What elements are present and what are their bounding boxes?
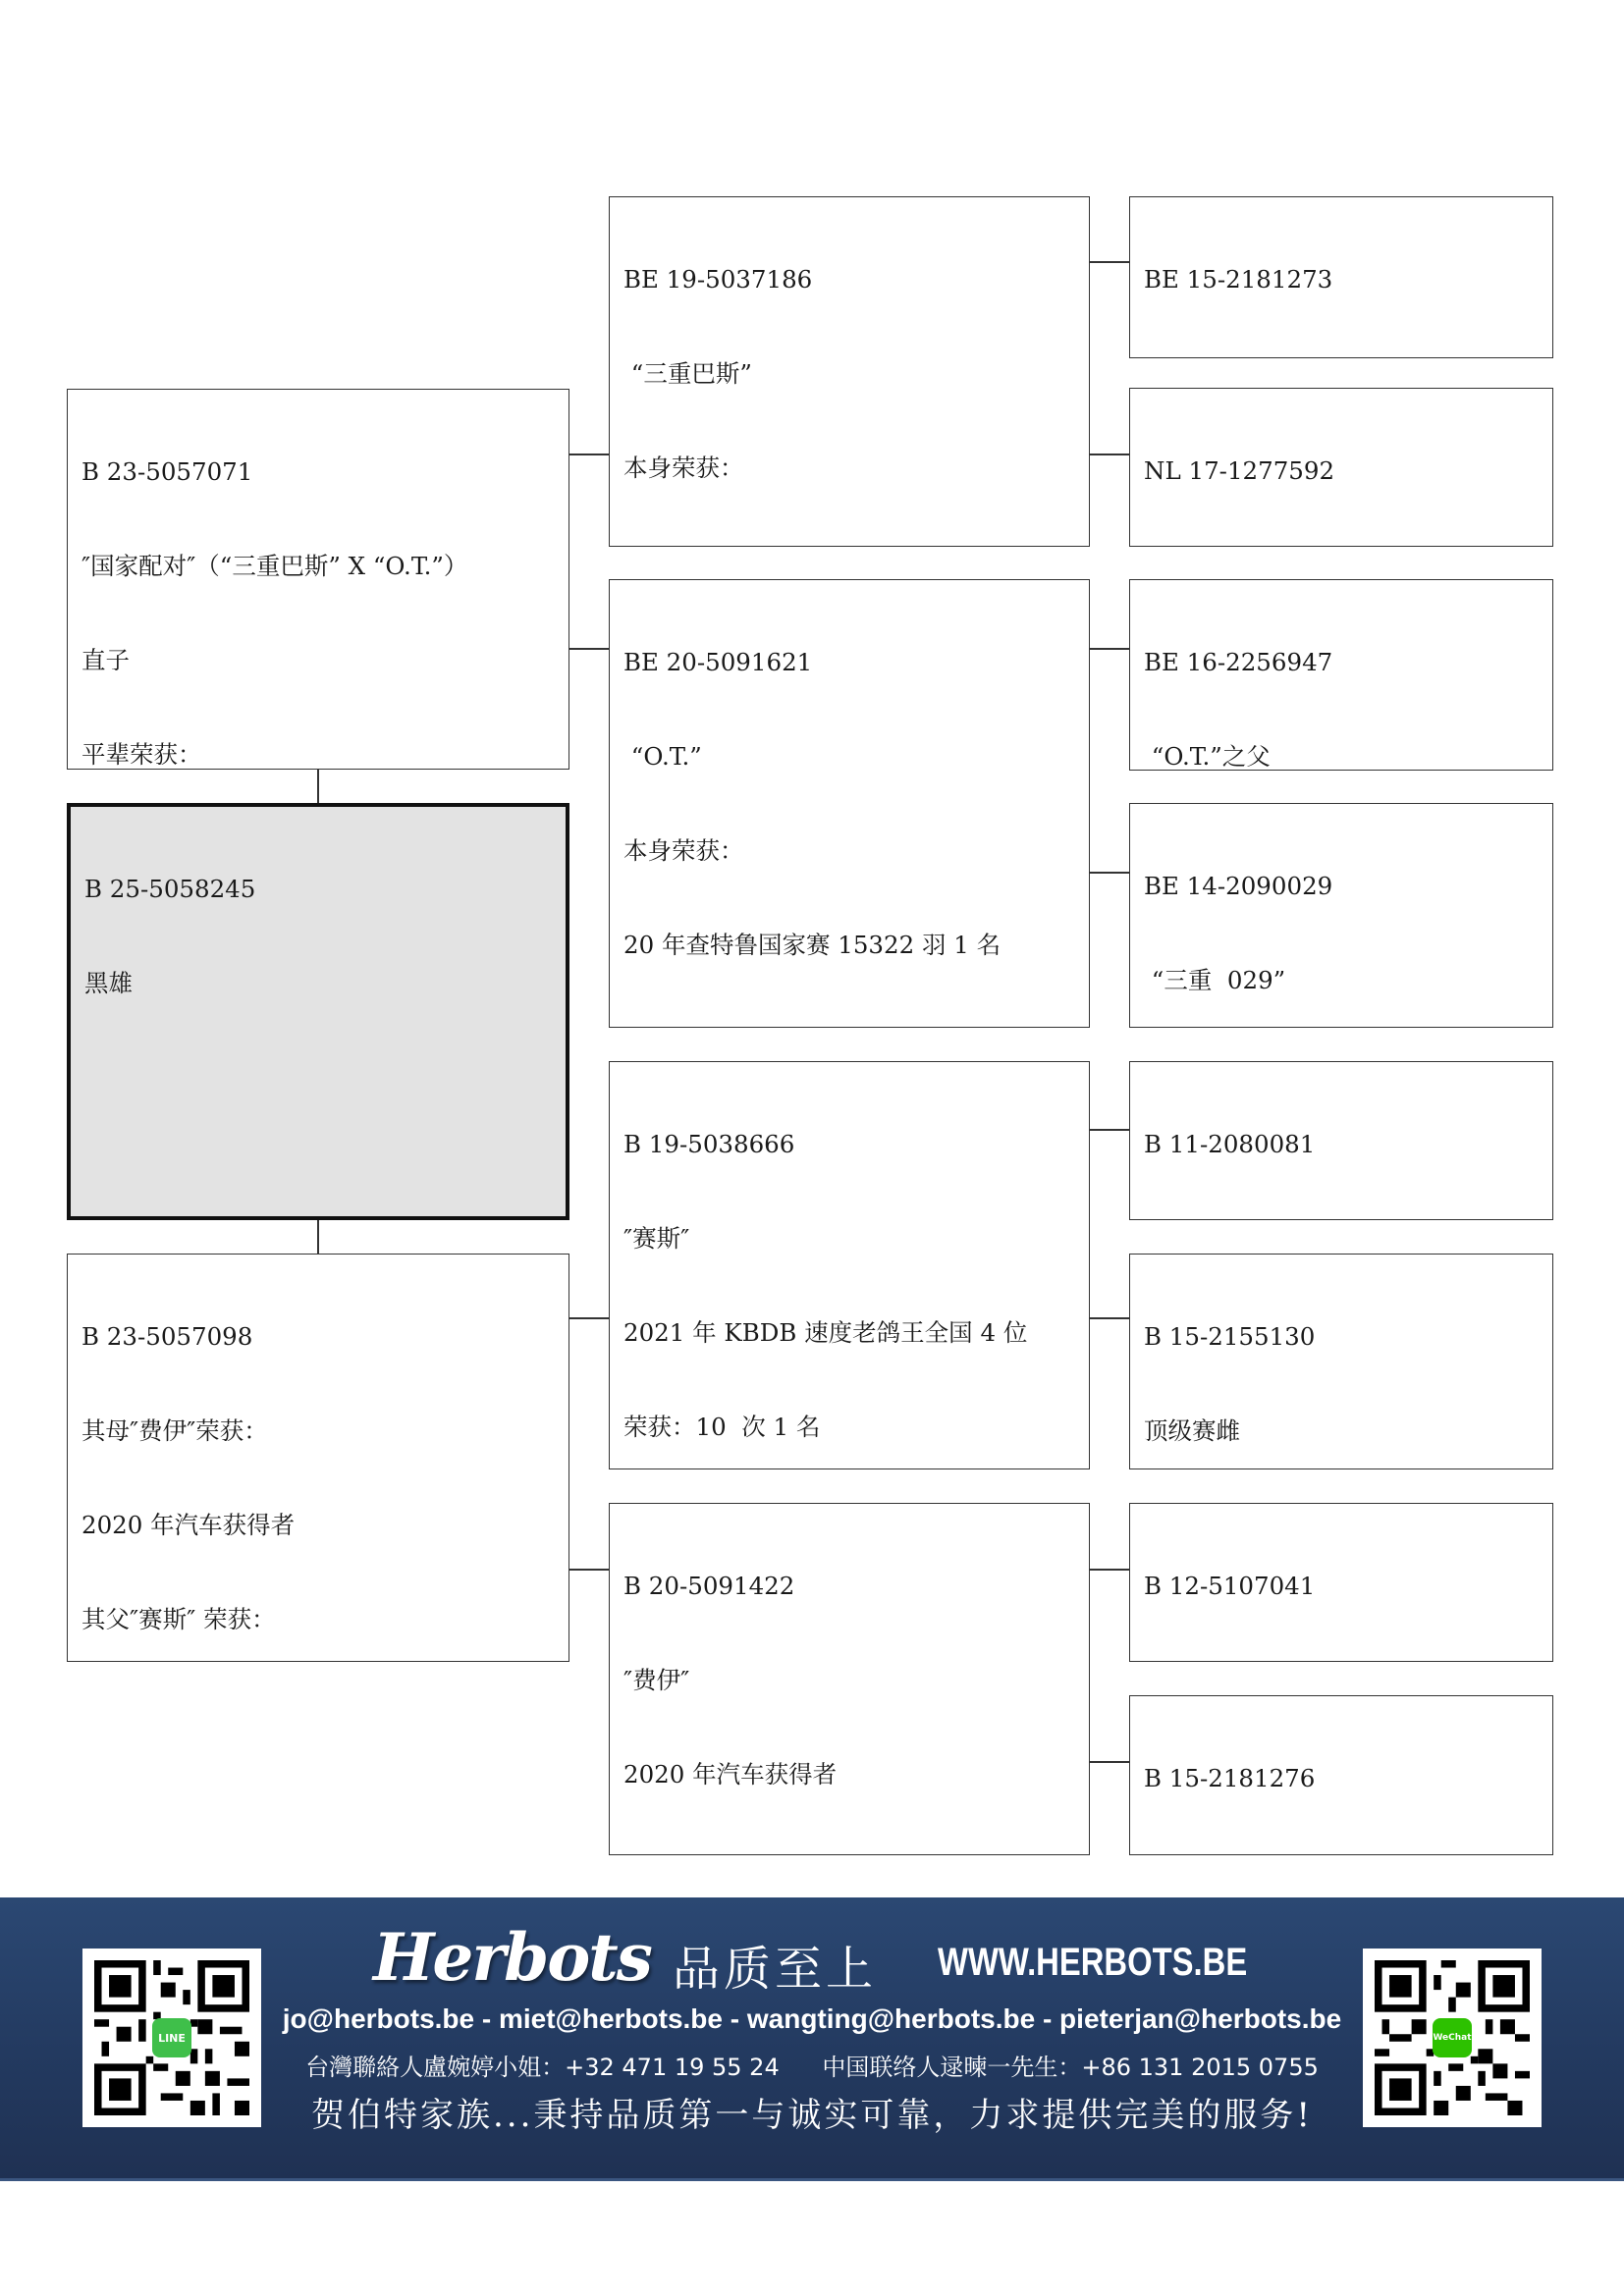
ggp-box-7: B 12-5107041 “幸运卢克” X “雅典娜女孩” 直子 “雅典娜”的子…: [1129, 1503, 1553, 1662]
ggp-box-5: B 11-2080081 子代荣获： 2021 年 KBDB 速度老鸽王全国 4…: [1129, 1061, 1553, 1220]
connector: [569, 454, 609, 455]
ring-number: B 12-5107041: [1144, 1571, 1539, 1602]
connector: [1090, 454, 1129, 455]
ring-number: BE 19-5037186: [623, 264, 1075, 295]
connector: [569, 1317, 609, 1319]
sire-sire-box: BE 19-5037186 “三重巴斯” 本身荣获： 盖雷国家赛一岁鸽组 128…: [609, 196, 1090, 547]
ggp-box-1: BE 15-2181273 “三重 73” 全平辈“奥林匹克三妮娜”荣获： 17…: [1129, 196, 1553, 358]
ring-number: B 11-2080081: [1144, 1129, 1539, 1160]
ring-number: B 23-5057071: [81, 456, 555, 488]
ring-number: B 19-5038666: [623, 1129, 1075, 1160]
slogan: 品质至上: [673, 1931, 877, 1999]
subject-box: B 25-5058245 黑雄: [67, 803, 569, 1220]
ring-number: B 23-5057098: [81, 1321, 555, 1353]
ring-number: NL 17-1277592: [1144, 455, 1539, 487]
wechat-qr-code[interactable]: WeChat: [1363, 1949, 1542, 2127]
dam-dam-box: B 20-5091422 ″费伊″ 2020 年汽车获得者 奥尔良省赛 6470…: [609, 1503, 1090, 1855]
connector: [1090, 648, 1129, 650]
connector: [317, 770, 319, 803]
ring-number: B 15-2181276: [1144, 1763, 1539, 1794]
connector: [569, 648, 609, 650]
ggp-box-8: B 15-2181276 “奥林匹克三鸽王”直女 子代荣获： 费伊 1 名 奥尔…: [1129, 1695, 1553, 1855]
footer-banner: LINE Herbots 品质至上 WWW.HERBOTS.BE jo@herb…: [0, 1897, 1624, 2181]
connector: [1090, 872, 1129, 874]
wechat-app-icon: WeChat: [1433, 2018, 1472, 2057]
connector: [569, 1569, 609, 1571]
ring-number: BE 15-2181273: [1144, 264, 1539, 295]
brand-row: Herbots 品质至上 WWW.HERBOTS.BE: [373, 1919, 1257, 1998]
ring-number: BE 16-2256947: [1144, 647, 1539, 678]
contact-china: 中国联络人逯暕一先生：+86 131 2015 0755: [822, 2054, 1319, 2081]
ggp-box-3: BE 16-2256947 “O.T.”之父 “O.T.”荣获： 查特鲁国家赛 …: [1129, 579, 1553, 771]
ring-number: B 15-2155130: [1144, 1321, 1539, 1353]
sire-box: B 23-5057071 ″国家配对″（“三重巴斯” X “O.T.”） 直子 …: [67, 389, 569, 770]
ring-number: B 20-5091422: [623, 1571, 1075, 1602]
ring-number: BE 20-5091621: [623, 647, 1075, 678]
ggp-box-6: B 15-2155130 顶级赛雌 2016 年和 2017 年获得 6 次 1…: [1129, 1254, 1553, 1469]
sire-dam-box: BE 20-5091621 “O.T.” 本身荣获： 20 年查特鲁国家赛 15…: [609, 579, 1090, 1028]
ring-number: B 25-5058245: [84, 874, 552, 905]
connector: [1090, 1569, 1129, 1571]
connector: [317, 1220, 319, 1254]
dam-box: B 23-5057098 其母″费伊″荣获： 2020 年汽车获得者 其父″赛斯…: [67, 1254, 569, 1662]
connector: [1090, 1761, 1129, 1763]
connector: [1090, 1129, 1129, 1131]
ggp-box-4: BE 14-2090029 “三重 029” 子代“O.T.”荣获： 20 年查…: [1129, 803, 1553, 1028]
ggp-box-2: NL 17-1277592 “奥林匹克火眼”直女 G&S 沃克原舍 子代“三重巴…: [1129, 388, 1553, 547]
ring-number: BE 14-2090029: [1144, 871, 1539, 902]
connector: [1090, 261, 1129, 263]
connector: [1090, 1317, 1129, 1319]
contact-taiwan: 台灣聯絡人盧婉婷小姐：+32 471 19 55 24: [305, 2054, 780, 2081]
website-link[interactable]: WWW.HERBOTS.BE: [938, 1941, 1247, 1985]
dam-sire-box: B 19-5038666 ″赛斯″ 2021 年 KBDB 速度老鸽王全国 4 …: [609, 1061, 1090, 1469]
herbots-logo[interactable]: Herbots: [373, 1919, 651, 1996]
